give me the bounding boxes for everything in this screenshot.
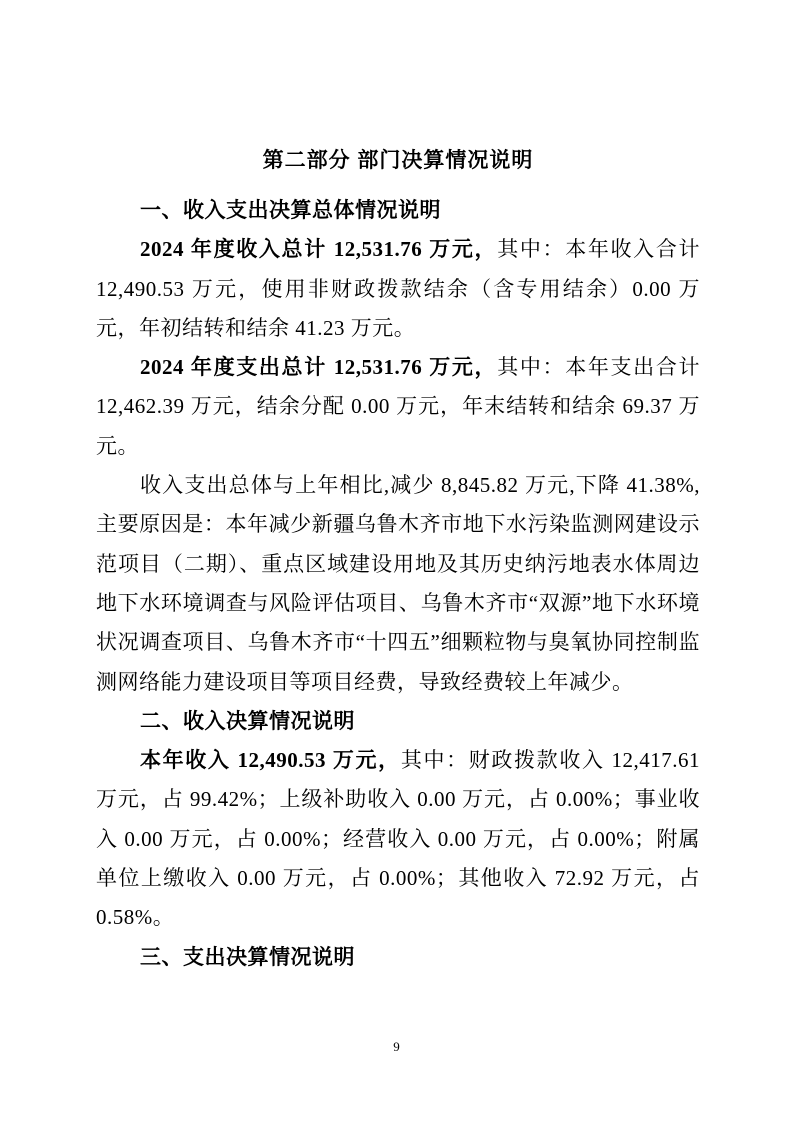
section-2-heading: 二、收入决算情况说明	[96, 702, 700, 741]
yoy-comparison-text: 收入支出总体与上年相比,减少 8,845.82 万元,下降 41.38%,主要原…	[96, 473, 700, 693]
page-number: 9	[0, 1039, 793, 1055]
paragraph-income-total: 2024 年度收入总计 12,531.76 万元，其中：本年收入合计 12,49…	[96, 230, 700, 348]
income-total-bold-lead: 2024 年度收入总计 12,531.76 万元，	[140, 237, 497, 261]
expenditure-total-bold-lead: 2024 年度支出总计 12,531.76 万元，	[140, 355, 497, 379]
section-3-heading: 三、支出决算情况说明	[96, 938, 700, 977]
document-content: 第二部分 部门决算情况说明 一、收入支出决算总体情况说明 2024 年度收入总计…	[96, 141, 700, 977]
income-detail-bold-lead: 本年收入 12,490.53 万元，	[140, 748, 401, 772]
paragraph-yoy-comparison: 收入支出总体与上年相比,减少 8,845.82 万元,下降 41.38%,主要原…	[96, 466, 700, 702]
document-title: 第二部分 部门决算情况说明	[96, 141, 700, 180]
paragraph-income-detail: 本年收入 12,490.53 万元，其中：财政拨款收入 12,417.61 万元…	[96, 741, 700, 937]
document-page: 第二部分 部门决算情况说明 一、收入支出决算总体情况说明 2024 年度收入总计…	[0, 0, 793, 1122]
income-detail-text: 其中：财政拨款收入 12,417.61 万元，占 99.42%；上级补助收入 0…	[96, 748, 700, 929]
paragraph-expenditure-total: 2024 年度支出总计 12,531.76 万元，其中：本年支出合计 12,46…	[96, 348, 700, 466]
section-1-heading: 一、收入支出决算总体情况说明	[96, 191, 700, 230]
